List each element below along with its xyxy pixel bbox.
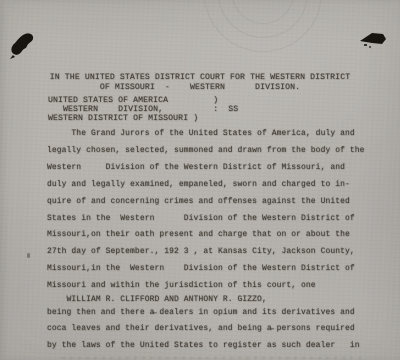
scanned-document-page: IN THE UNITED STATES DISTRICT COURT FOR … (0, 0, 400, 360)
body-line-offense-date: 27th day of September., 192 3 , at Kansa… (47, 244, 372, 261)
body-line: duly and legally examined, empaneled, sw… (47, 177, 372, 194)
body-line: legally chosen, selected, summoned and d… (47, 143, 372, 160)
clipped-text-line (62, 357, 362, 359)
body-line: coca leaves and their derivatives, and b… (47, 321, 372, 338)
defendants-name-line: WILLIAM R. CLIFFORD AND ANTHONY R. GIZZO… (47, 295, 372, 305)
body-line: Missouri,on their oath present and charg… (47, 227, 372, 244)
ink-blot-right (356, 29, 392, 51)
body-line: Missouri,in the Western Division of the … (47, 261, 372, 278)
body-line: The Grand Jurors of the United States of… (47, 126, 372, 143)
body-line: Western Division of the Western District… (47, 160, 372, 177)
court-header: IN THE UNITED STATES DISTRICT COURT FOR … (0, 73, 400, 92)
court-header-line1: IN THE UNITED STATES DISTRICT COURT FOR … (0, 73, 400, 83)
ink-blot-left (6, 28, 38, 62)
embossed-seal-ring-outer (204, 0, 322, 52)
stray-mark-speck (27, 253, 30, 258)
case-caption: UNITED STATES OF AMERICA ) WESTERN DIVIS… (48, 97, 238, 124)
embossed-seal-ring-middle (218, 0, 308, 38)
indictment-body: The Grand Jurors of the United States of… (47, 126, 372, 355)
body-line: quire of and concerning crimes and offen… (47, 194, 372, 211)
embossed-seal-ring-inner (232, 0, 294, 24)
body-line: Missouri and within the jurisdiction of … (47, 278, 372, 295)
body-line: States in the Western Division of the We… (47, 211, 372, 228)
body-line: by the laws of the United States to regi… (47, 338, 372, 355)
body-line: being then and there a̶ dealers in opium… (47, 305, 372, 322)
court-header-line2: OF MISSOURI - WESTERN DIVISION. (0, 83, 400, 93)
caption-row-district: WESTERN DISTRICT OF MISSOURI ) (48, 115, 238, 124)
